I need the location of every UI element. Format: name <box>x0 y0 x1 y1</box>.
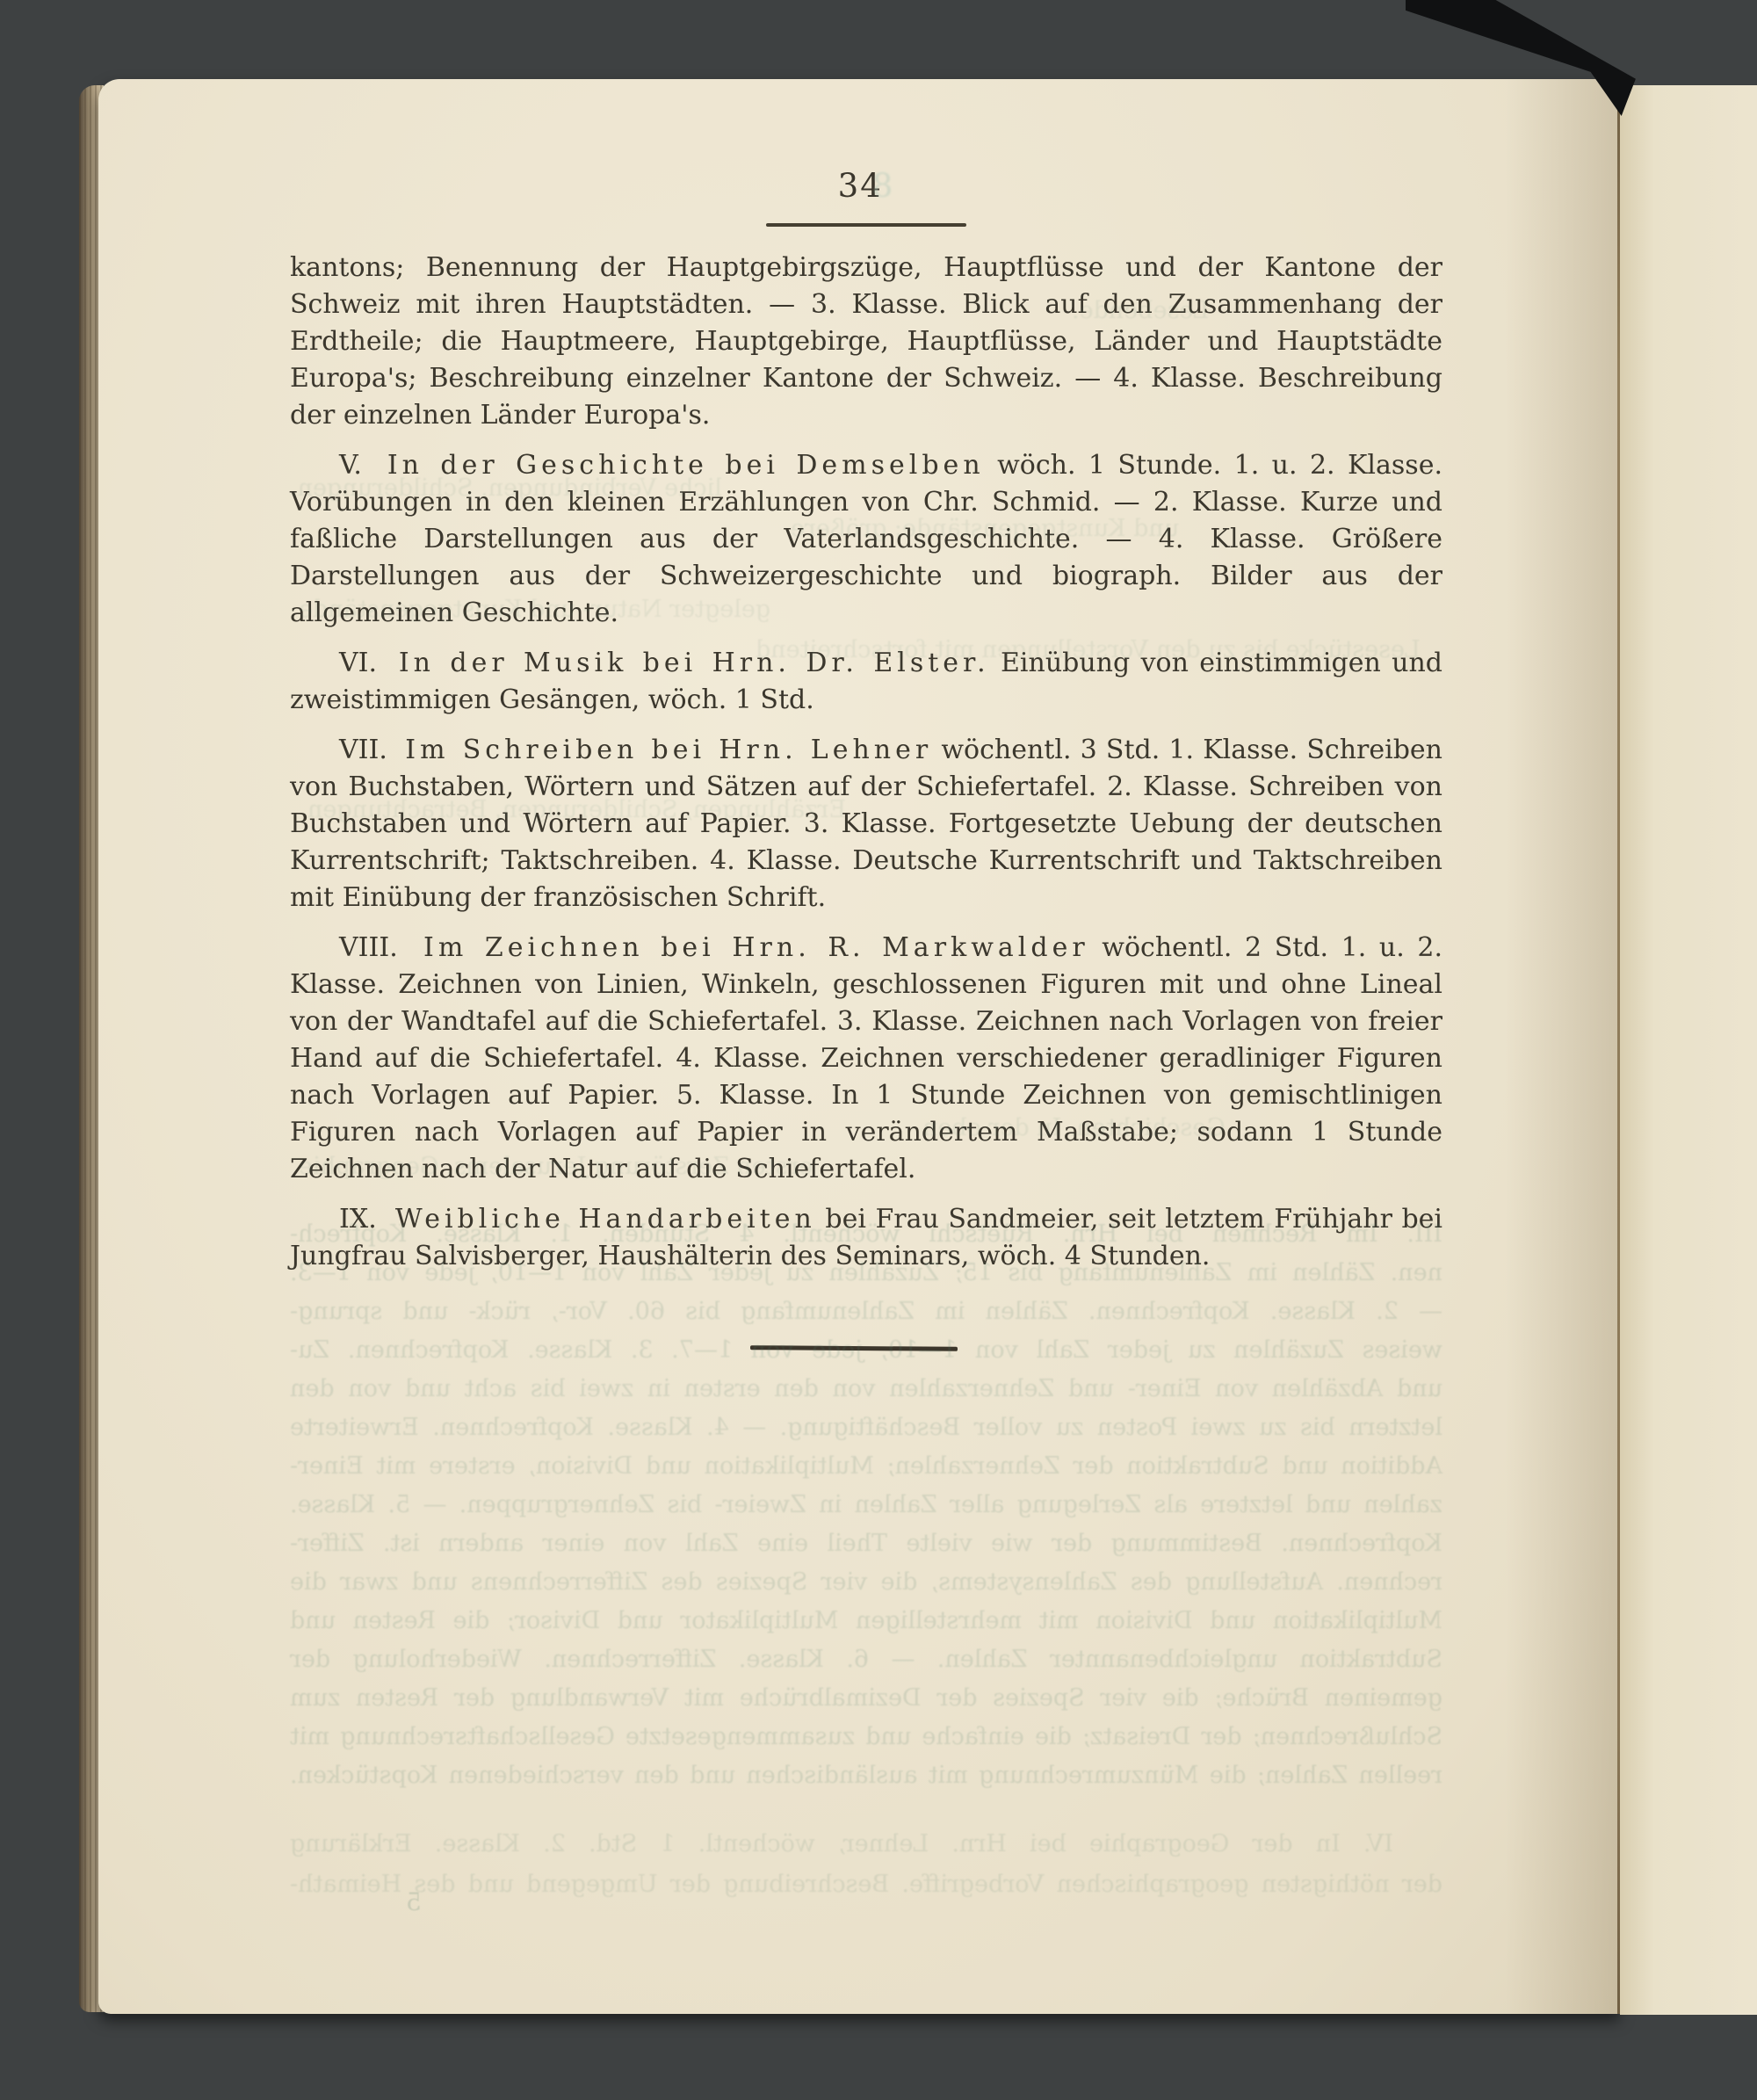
body-text: wöchentl. 2 Std. 1. u. 2. Klasse. Zeichn… <box>290 932 1442 1184</box>
body-text: VI. <box>339 648 399 678</box>
body-text: VII. <box>339 735 405 765</box>
page-number-ghost: 8 <box>872 167 895 205</box>
page-gutter <box>1617 83 1620 2014</box>
page-number-rule <box>766 223 966 227</box>
paragraph: VIII. Im Zeichnen bei Hrn. R. Markwalder… <box>290 930 1442 1188</box>
body-text: kantons; Benennung der Hauptgebirgszüge,… <box>290 252 1442 431</box>
gutter-shadow <box>1505 79 1619 2014</box>
paragraph: IX. Weibliche Handarbeiten bei Frau Sand… <box>290 1201 1442 1275</box>
text-block: kantons; Benennung der Hauptgebirgszüge,… <box>290 250 1442 1288</box>
paragraph: kantons; Benennung der Hauptgebirgszüge,… <box>290 250 1442 434</box>
paragraph: VI. In der Musik bei Hrn. Dr. Elster. Ei… <box>290 645 1442 719</box>
spaced-heading-text: In der Geschichte bei Demselben <box>387 450 985 481</box>
spaced-heading-text: Im Zeichnen bei Hrn. R. Markwalder <box>423 932 1089 963</box>
page-number: 348 <box>290 167 1442 205</box>
paragraph: V. In der Geschichte bei Demselben wöch.… <box>290 447 1442 632</box>
facing-page-edge <box>1620 85 1757 2015</box>
paragraph: VII. Im Schreiben bei Hrn. Lehner wöchen… <box>290 732 1442 916</box>
body-text: IX. <box>339 1204 395 1235</box>
spaced-heading-text: Weibliche Handarbeiten <box>395 1204 816 1235</box>
body-text: V. <box>339 450 387 481</box>
spaced-heading-text: Im Schreiben bei Hrn. Lehner <box>405 735 932 765</box>
body-text: VIII. <box>339 932 423 963</box>
spaced-heading-text: In der Musik bei Hrn. Dr. Elster. <box>399 648 990 678</box>
book-scan: 348 kantons; Benennung der Hauptgebirgsz… <box>0 0 1757 2100</box>
